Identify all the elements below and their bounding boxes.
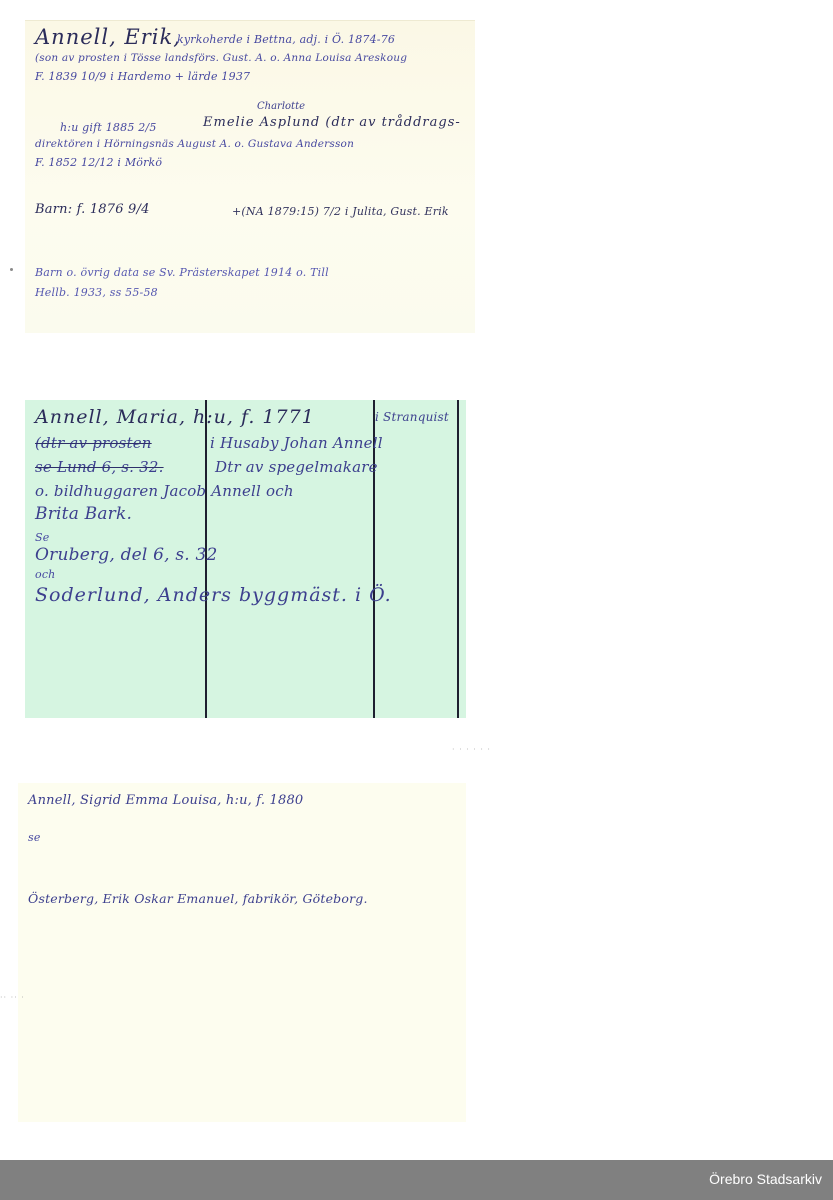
archive-credit: Örebro Stadsarkiv [709, 1171, 822, 1187]
card-text-line: +(NA 1879:15) 7/2 i Julita, Gust. Erik [232, 205, 449, 218]
card-text-line: Dtr av spegelmakare [215, 458, 378, 476]
index-card-annell-sigrid: Annell, Sigrid Emma Louisa, h:u, f. 1880… [18, 783, 466, 1122]
card-text-line: Se [35, 531, 49, 544]
card-heading: Annell, Sigrid Emma Louisa, h:u, f. 1880 [28, 793, 303, 808]
archive-footer-bar: Örebro Stadsarkiv [0, 1160, 833, 1200]
card-text-line: i Husaby Johan Annell [210, 434, 383, 452]
card-text-line: o. bildhuggaren Jacob Annell och [35, 482, 294, 500]
card-heading: Annell, Erik, [35, 25, 181, 49]
index-card-annell-erik: Annell, Erik, kyrkoherde i Bettna, adj. … [25, 20, 475, 333]
card-text-line: Hellb. 1933, ss 55-58 [35, 286, 158, 299]
card-text-line: F. 1852 12/12 i Mörkö [35, 156, 162, 169]
card-cross-reference: Soderlund, Anders byggmäst. i Ö. [35, 584, 392, 606]
card-cross-reference: Oruberg, del 6, s. 32 [35, 545, 218, 565]
index-card-annell-maria: Annell, Maria, h:u, f. 1771 i Stranquist… [25, 400, 466, 718]
card-annotation: Charlotte [257, 101, 305, 112]
card-text-line: i Stranquist [375, 410, 449, 424]
card-text-line-struck: (dtr av prosten [35, 434, 152, 452]
card-text-line: se [28, 831, 41, 844]
card-text-line: Barn: f. 1876 9/4 [35, 202, 150, 217]
card-text-line: Barn o. övrig data se Sv. Prästerskapet … [35, 266, 329, 279]
card-text-line: F. 1839 10/9 i Hardemo + lärde 1937 [35, 70, 250, 83]
card-cross-reference: Österberg, Erik Oskar Emanuel, fabrikör,… [28, 891, 368, 906]
card-text-line: kyrkoherde i Bettna, adj. i Ö. 1874-76 [177, 33, 395, 46]
card-text-line: (son av prosten i Tösse landsförs. Gust.… [35, 52, 407, 64]
card-heading: Annell, Maria, h:u, f. 1771 [35, 406, 315, 428]
card-text-line-struck: se Lund 6, s. 32. [35, 458, 164, 476]
scan-speck: · · · · · · [452, 745, 491, 754]
card-text-line: direktören i Hörningsnäs August A. o. Gu… [35, 138, 354, 150]
scan-speck: ·· ·· · [0, 993, 25, 1002]
scan-speck [10, 268, 13, 271]
ruled-line [457, 400, 459, 718]
card-text-line: h:u gift 1885 2/5 [60, 121, 157, 134]
card-text-line: Emelie Asplund (dtr av tråddrags- [203, 115, 461, 130]
card-text-line: och [35, 568, 55, 581]
card-text-line: Brita Bark. [35, 504, 132, 524]
